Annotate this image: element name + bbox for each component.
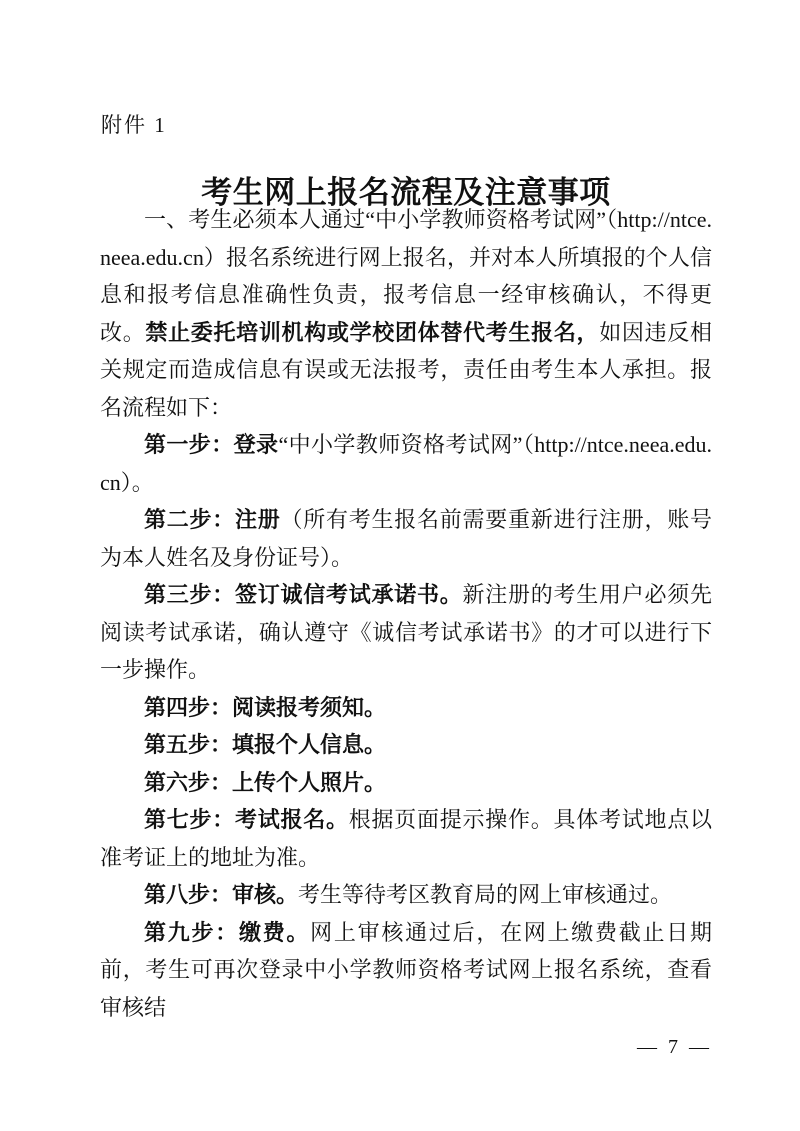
body-paragraph: 第八步：审核。考生等待考区教育局的网上审核通过。: [100, 876, 712, 914]
body-paragraph: 第一步：登录“中小学教师资格考试网”（http://ntce.neea.edu.…: [100, 426, 712, 501]
step-label-text: 第九步：缴费。: [144, 920, 310, 945]
body-paragraph: 第三步：签订诚信考试承诺书。新注册的考生用户必须先阅读考试承诺，确认遵守《诚信考…: [100, 576, 712, 689]
document-body: 一、考生必须本人通过“中小学教师资格考试网”（http://ntce.neea.…: [100, 201, 712, 1026]
step-label-text: 第二步：注册: [144, 507, 281, 532]
body-paragraph: 第五步：填报个人信息。: [100, 726, 712, 764]
step-label-text: 第八步：审核。: [144, 882, 298, 907]
step-label-text: 禁止委托培训机构或学校团体替代考生报名，: [145, 320, 599, 345]
body-paragraph: 第六步：上传个人照片。: [100, 764, 712, 802]
step-label-text: 第五步：填报个人信息。: [144, 732, 386, 757]
body-paragraph: 第九步：缴费。网上审核通过后，在网上缴费截止日期前，考生可再次登录中小学教师资格…: [100, 914, 712, 1027]
body-paragraph: 第二步：注册（所有考生报名前需要重新进行注册，账号为本人姓名及身份证号）。: [100, 501, 712, 576]
document-page: 附件 1 考生网上报名流程及注意事项 一、考生必须本人通过“中小学教师资格考试网…: [0, 0, 800, 1131]
step-label-text: 第三步：签订诚信考试承诺书。: [144, 582, 462, 607]
body-paragraph: 第四步：阅读报考须知。: [100, 689, 712, 727]
body-paragraph: 一、考生必须本人通过“中小学教师资格考试网”（http://ntce.neea.…: [100, 201, 712, 426]
attachment-label: 附件 1: [101, 109, 167, 139]
step-label-text: 第一步：登录: [144, 432, 278, 457]
page-number: — 7 —: [100, 1036, 712, 1059]
step-label-text: 第六步：上传个人照片。: [144, 770, 386, 795]
body-paragraph: 第七步：考试报名。根据页面提示操作。具体考试地点以准考证上的地址为准。: [100, 801, 712, 876]
step-label-text: 第四步：阅读报考须知。: [144, 695, 386, 720]
body-text: 考生等待考区教育局的网上审核通过。: [298, 882, 672, 907]
step-label-text: 第七步：考试报名。: [144, 807, 349, 832]
